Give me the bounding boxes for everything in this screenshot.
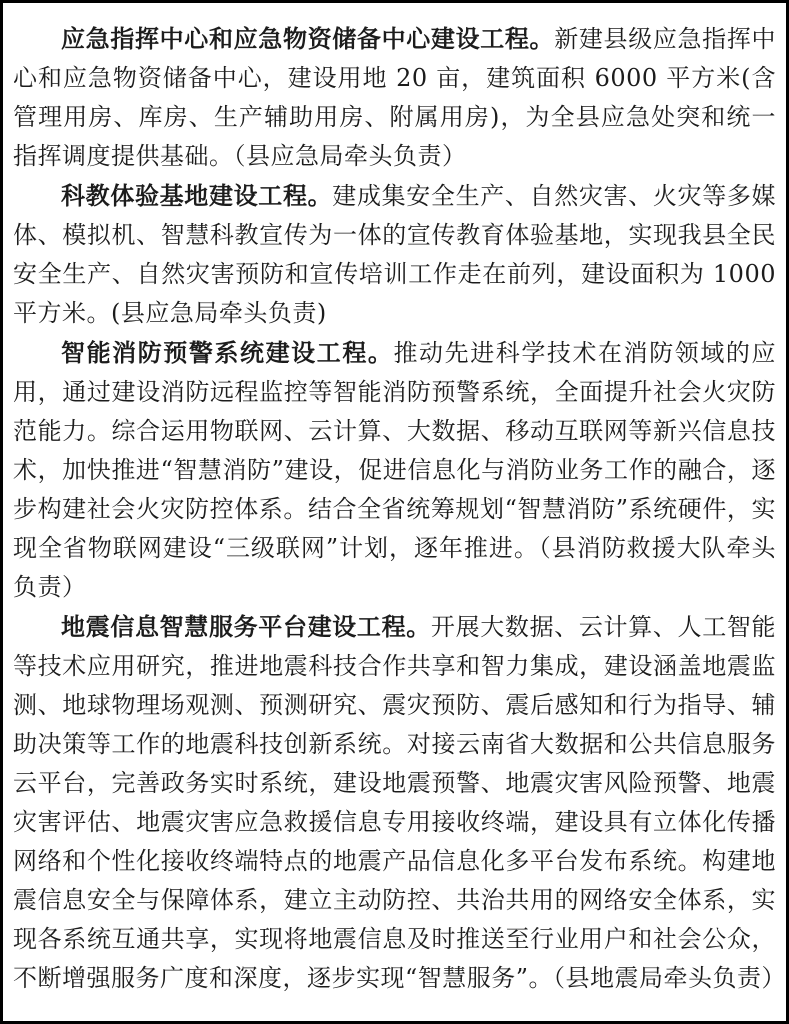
paragraph-body: 开展大数据、云计算、人工智能等技术应用研究，推进地震科技合作共享和智力集成，建设… (13, 613, 786, 992)
paragraph-heading: 科教体验基地建设工程。 (61, 181, 332, 210)
paragraph-heading: 地震信息智慧服务平台建设工程。 (61, 612, 431, 641)
paragraph-heading: 智能消防预警系统建设工程。 (61, 338, 393, 367)
paragraph-body: 推动先进科学技术在消防领域的应用，通过建设消防远程监控等智能消防预警系统，全面提… (13, 339, 776, 601)
paragraph-earthquake-info-platform: 地震信息智慧服务平台建设工程。开展大数据、云计算、人工智能等技术应用研究，推进地… (13, 607, 776, 998)
paragraph-emergency-command-center: 应急指挥中心和应急物资储备中心建设工程。新建县级应急指挥中心和应急物资储备中心，… (13, 19, 776, 176)
paragraph-heading: 应急指挥中心和应急物资储备中心建设工程。 (61, 24, 554, 53)
paragraph-science-education-base: 科教体验基地建设工程。建成集安全生产、自然灾害、火灾等多媒体、模拟机、智慧科教宣… (13, 176, 776, 333)
paragraph-smart-fire-warning-system: 智能消防预警系统建设工程。推动先进科学技术在消防领域的应用，通过建设消防远程监控… (13, 333, 776, 607)
document-page: 应急指挥中心和应急物资储备中心建设工程。新建县级应急指挥中心和应急物资储备中心，… (0, 0, 789, 1024)
